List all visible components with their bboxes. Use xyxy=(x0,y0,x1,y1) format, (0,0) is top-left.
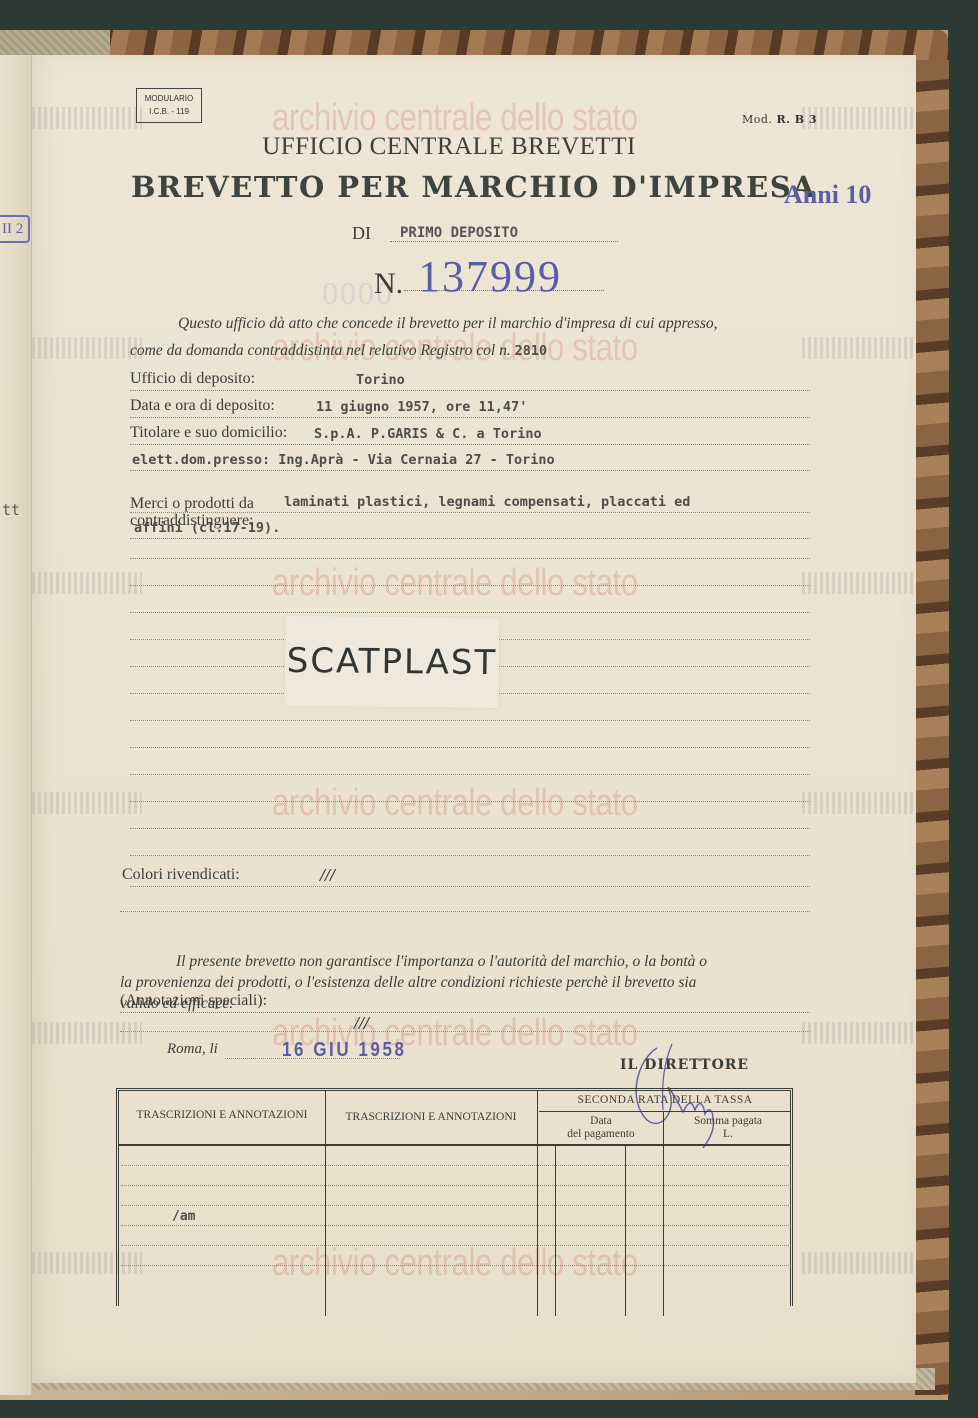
intro-paragraph: Questo ufficio dà atto che concede il br… xyxy=(130,310,810,365)
blank-line xyxy=(130,774,810,775)
blank-line xyxy=(130,855,810,856)
deposit-type-label: DI xyxy=(352,223,371,244)
merci-field-line2: affini (cl.17-19). xyxy=(130,513,810,539)
left-page-text: tt xyxy=(2,501,20,519)
previous-page-edge: II 2 tt xyxy=(0,55,32,1395)
issue-date-stamp: 16 GIU 1958 xyxy=(282,1039,406,1062)
titolare-field: Titolare e suo domicilio: S.p.A. P.GARIS… xyxy=(130,419,810,445)
watermark: archivio centrale dello stato xyxy=(32,562,916,622)
blank-line xyxy=(130,828,810,829)
registro-number: 2810 xyxy=(515,343,548,359)
table-row xyxy=(121,1165,791,1166)
table-row xyxy=(121,1185,791,1186)
table-row xyxy=(121,1245,791,1246)
trademark-specimen: SCATPLAST xyxy=(285,616,500,708)
colori-field: Colori rivendicati: /// xyxy=(130,861,810,887)
header-data-pagamento: Data del pagamento xyxy=(539,1115,663,1141)
deposit-type-value: PRIMO DEPOSITO xyxy=(390,225,618,242)
patent-number: 137999 xyxy=(418,251,562,302)
table-row xyxy=(121,1225,791,1226)
binder-right-edge xyxy=(915,60,949,1395)
office-name: UFFICIO CENTRALE BREVETTI xyxy=(32,133,916,161)
watermark: archivio centrale dello stato xyxy=(32,1012,916,1072)
model-code: Mod. R. B 3 xyxy=(742,113,817,126)
blank-line xyxy=(130,720,810,721)
table-entry-initials: /am xyxy=(172,1209,195,1224)
place-label: Roma, li xyxy=(167,1041,218,1058)
blank-line xyxy=(130,612,810,613)
patent-number-label: N. xyxy=(374,267,403,301)
domicilio-field: elett.dom.presso: Ing.Aprà - Via Cernaia… xyxy=(130,445,810,471)
header-seconda-rata: SECONDA RATA DELLA TASSA xyxy=(539,1094,791,1107)
patent-certificate-page: archivio centrale dello stato archivio c… xyxy=(32,55,916,1383)
blank-line xyxy=(130,558,810,559)
blank-line xyxy=(130,585,810,586)
header-trascrizioni-2: TRASCRIZIONI E ANNOTAZIONI xyxy=(331,1111,531,1124)
blank-line xyxy=(120,1031,810,1032)
header-somma-pagata: Somma pagata L. xyxy=(665,1115,791,1141)
register-table: TRASCRIZIONI E ANNOTAZIONI TRASCRIZIONI … xyxy=(116,1088,793,1306)
table-row xyxy=(121,1265,791,1266)
form-code-box: MODULARIO I.C.B. - 119 xyxy=(136,88,202,123)
blank-line xyxy=(130,801,810,802)
left-page-stamp: II 2 xyxy=(0,215,30,243)
blank-line xyxy=(130,747,810,748)
table-row xyxy=(121,1205,791,1206)
annotazioni-field: (Annotazioni speciali): xyxy=(120,987,810,1013)
blank-line xyxy=(120,911,810,912)
watermark: archivio centrale dello stato xyxy=(32,782,916,842)
header-trascrizioni-1: TRASCRIZIONI E ANNOTAZIONI xyxy=(123,1109,321,1122)
document-title: BREVETTO PER MARCHIO D'IMPRESA xyxy=(131,170,816,204)
duration-stamp: Anni 10 xyxy=(784,180,871,210)
data-deposito-field: Data e ora di deposito: 11 giugno 1957, … xyxy=(130,392,810,418)
ufficio-deposito-field: Ufficio di deposito: Torino xyxy=(130,365,810,391)
merci-field-line1: laminati plastici, legnami compensati, p… xyxy=(130,487,810,513)
